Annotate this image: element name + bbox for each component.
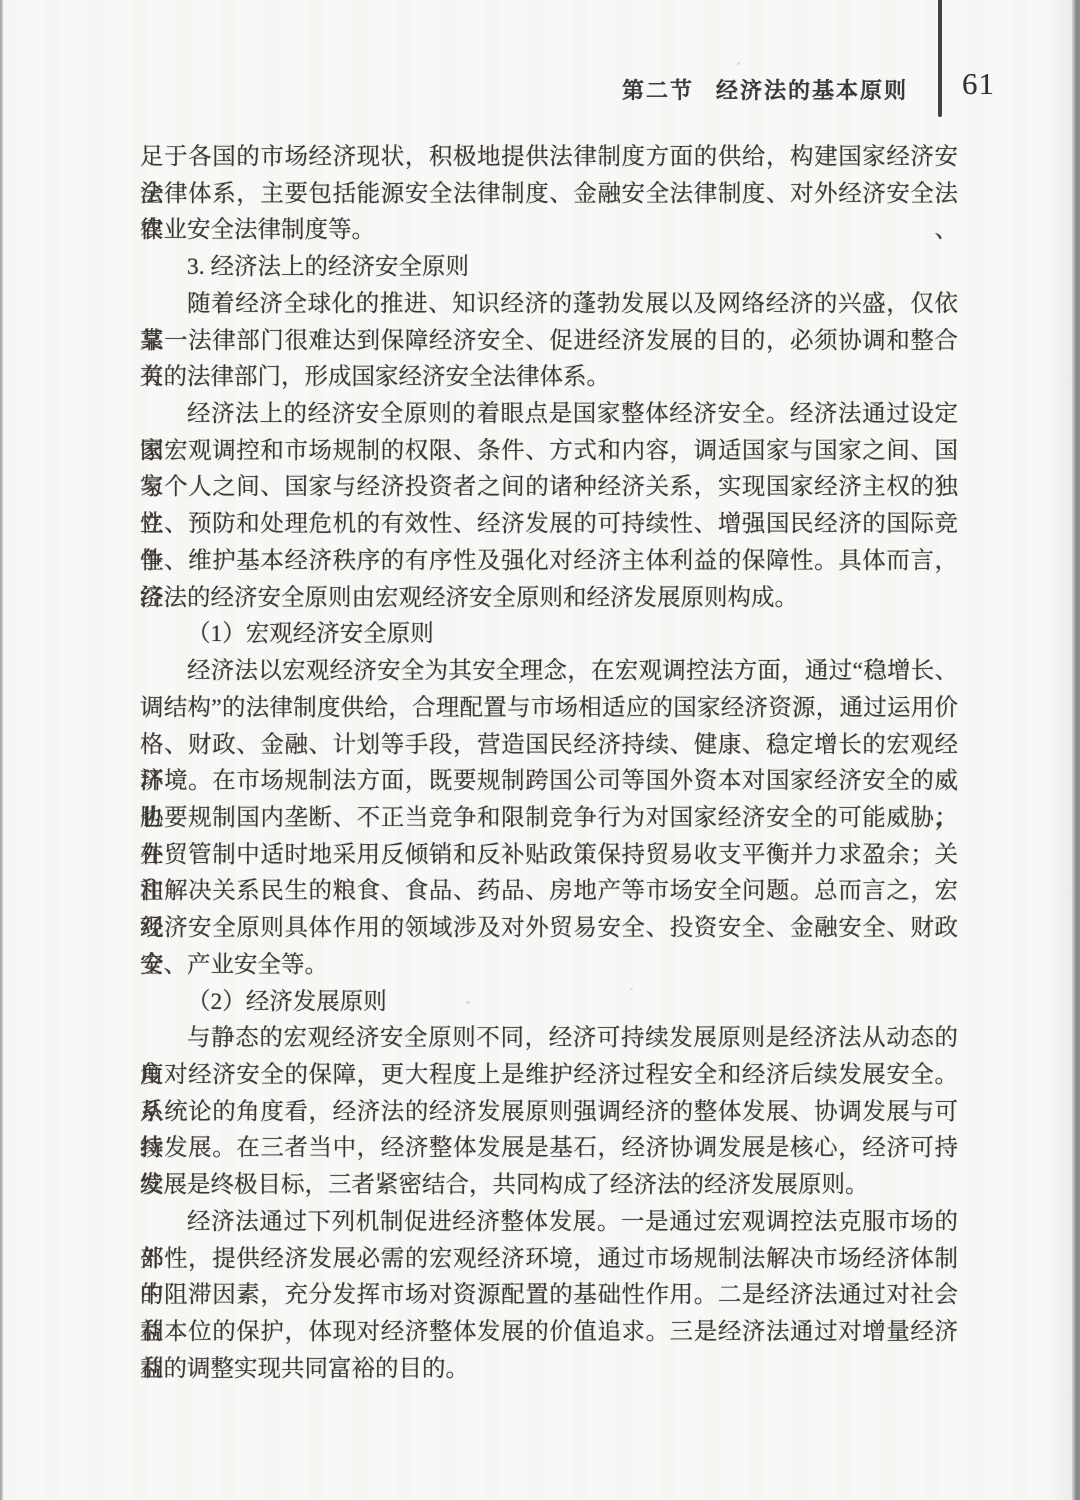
numbered-heading: 3. 经济法上的经济安全原则: [140, 249, 958, 286]
text-line: 度对经济安全的保障，更大程度上是维护经济过程安全和经济后续发展安全。从: [140, 1057, 958, 1094]
text-line: 益本位的保护，体现对经济整体发展的价值追求。三是经济法通过对增量经济利: [140, 1314, 958, 1351]
text-line: 系统论的角度看，经济法的经济发展原则强调经济的整体发展、协调发展与可持: [140, 1094, 958, 1131]
page-header: 第二节 经济法的基本原则: [0, 74, 908, 105]
text-line: 外贸管制中适时地采用反倾销和反补贴政策保持贸易收支平衡并力求盈余；关注: [140, 837, 958, 874]
text-line: 某一法律部门很难达到保障经济安全、促进经济发展的目的，必须协调和整合有: [140, 323, 958, 360]
scan-noise: [630, 988, 633, 990]
text-line: 经济法通过下列机制促进经济整体发展。一是通过宏观调控法克服市场的外: [140, 1204, 958, 1241]
section-title: 经济法的基本原则: [716, 74, 908, 105]
body-text: 足于各国的市场经济现状，积极地提供法律制度方面的供给，构建国家经济安全 法律体系…: [140, 139, 958, 1387]
sub-heading: （1）宏观经济安全原则: [140, 616, 958, 653]
text-line: 调结构”的法律制度供给，合理配置与市场相适应的国家经济资源，通过运用价: [140, 690, 958, 727]
scan-shadow-right: [1044, 0, 1072, 1500]
text-line: 性、维护基本经济秩序的有序性及强化对经济主体利益的保障性。具体而言，经: [140, 543, 958, 580]
text-line: 与静态的宏观经济安全原则不同，经济可持续发展原则是经济法从动态的角: [140, 1020, 958, 1057]
text-line: 济法的经济安全原则由宏观经济安全原则和经济发展原则构成。: [140, 580, 958, 617]
text-line: 性、预防和处理危机的有效性、经济发展的可持续性、增强国民经济的国际竞争: [140, 506, 958, 543]
text-line: 部性，提供经济发展必需的宏观经济环境，通过市场规制法解决市场经济体制中: [140, 1241, 958, 1278]
text-line: 家宏观调控和市场规制的权限、条件、方式和内容，调适国家与国家之间、国家: [140, 433, 958, 470]
text-line: 环境。在市场规制法方面，既要规制跨国公司等国外资本对国家经济安全的威胁，: [140, 763, 958, 800]
text-line: 法律体系，主要包括能源安全法律制度、金融安全法律制度、对外经济安全法律、: [140, 176, 958, 213]
section-label: 第二节: [622, 74, 694, 105]
scan-edge-right: [1072, 0, 1080, 1500]
sub-heading: （2）经济发展原则: [140, 984, 958, 1021]
text-line: 益的调整实现共同富裕的目的。: [140, 1351, 958, 1388]
text-line: 经济安全原则具体作用的领域涉及对外贸易安全、投资安全、金融安全、财政安: [140, 910, 958, 947]
text-line: 格、财政、金融、计划等手段，营造国民经济持续、健康、稳定增长的宏观经济: [140, 727, 958, 764]
text-line: 与个人之间、国家与经济投资者之间的诸种经济关系，实现国家经济主权的独立: [140, 469, 958, 506]
text-line: 随着经济全球化的推进、知识经济的蓬勃发展以及网络经济的兴盛，仅依靠: [140, 286, 958, 323]
scan-noise: [466, 1001, 470, 1004]
text-line: 经济法以宏观经济安全为其安全理念，在宏观调控法方面，通过“稳增长、: [140, 653, 958, 690]
page-number: 61: [962, 66, 995, 102]
text-line: 发展是终极目标，三者紧密结合，共同构成了经济法的经济发展原则。: [140, 1167, 958, 1204]
text-line: 也要规制国内垄断、不正当竞争和限制竞争行为对国家经济安全的可能威胁；在: [140, 800, 958, 837]
text-line: 足于各国的市场经济现状，积极地提供法律制度方面的供给，构建国家经济安全: [140, 139, 958, 176]
text-line: 关的法律部门，形成国家经济安全法律体系。: [140, 359, 958, 396]
scan-edge-left: [0, 0, 3, 1500]
text-line: 经济法上的经济安全原则的着眼点是国家整体经济安全。经济法通过设定国: [140, 396, 958, 433]
text-line: 和解决关系民生的粮食、食品、药品、房地产等市场安全问题。总而言之，宏观: [140, 873, 958, 910]
header-divider-line: [938, 0, 942, 117]
text-line: 全、产业安全等。: [140, 947, 958, 984]
text-line: 续发展。在三者当中，经济整体发展是基石，经济协调发展是核心，经济可持续: [140, 1130, 958, 1167]
scanned-page: 第二节 经济法的基本原则 61 足于各国的市场经济现状，积极地提供法律制度方面的…: [0, 0, 1080, 1500]
scan-noise: [737, 62, 740, 65]
text-line: 的阻滞因素，充分发挥市场对资源配置的基础性作用。二是经济法通过对社会利: [140, 1277, 958, 1314]
